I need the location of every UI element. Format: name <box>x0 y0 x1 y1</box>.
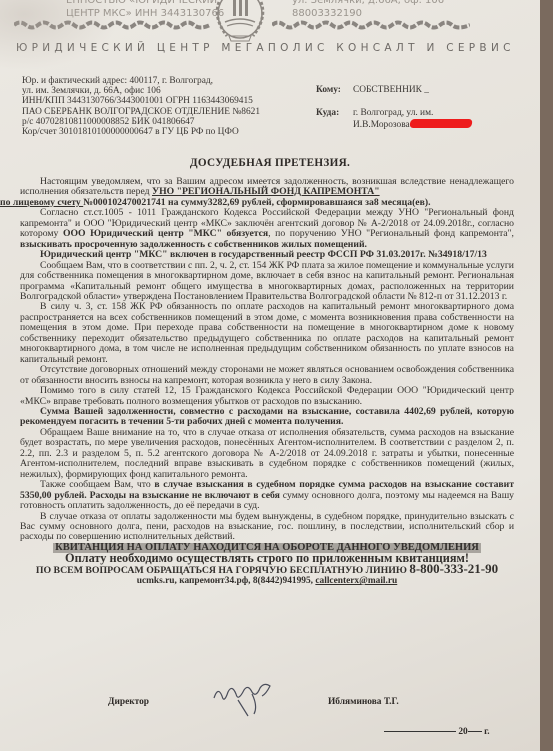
date-suffix: г. <box>484 727 490 737</box>
signature-mark <box>208 676 288 720</box>
account-label: по лицевому счету <box>0 197 83 208</box>
letterhead: ЕННОСТЬЮ «ЮРИДИЧЕСКИЙ ЦЕНТР МКС» ИНН 344… <box>0 0 540 62</box>
account-amount: №000102470021741 на сумму3282,69 рублей,… <box>83 197 430 208</box>
paragraph-agreement: Согласно ст.ст.1005 - 1011 Гражданского … <box>20 208 514 250</box>
text: , по поручению УНО "Региональный фонд ка… <box>268 228 514 239</box>
letterhead-line: ЕННОСТЬЮ «ЮРИДИЧЕСКИЙ <box>66 0 224 7</box>
email-link[interactable]: callcenterx@mail.ru <box>315 576 397 586</box>
letterhead-line: ЦЕНТР МКС» ИНН 3443130766 <box>66 7 224 20</box>
requisite-line: ул. им. Землячки, д. 66А, офис 106 <box>22 86 260 96</box>
requisite-line: ПАО СБЕРБАНК ВОЛГОГРАДСКОЕ ОТДЕЛЕНИЕ №86… <box>22 107 260 117</box>
date-line: 20 г. <box>384 727 490 737</box>
paragraph-law-154: Сообщаем Вам, что в соответствии с пп. 2… <box>20 261 514 303</box>
paragraph-debt: Настоящим уведомляем, что за Вашим адрес… <box>20 177 514 208</box>
requisite-line: р/с 40702810811000008852 БИК 041806647 <box>22 117 260 127</box>
to-label: Кому: <box>316 85 341 96</box>
document-title: ДОСУДЕБНАЯ ПРЕТЕНЗИЯ. <box>0 157 540 169</box>
contacts: ucmks.ru, капремонт34.рф, 8(8442)941995,… <box>20 576 514 586</box>
street-name: И.В.Морозова <box>353 120 410 130</box>
letterhead-line: 88003332190 <box>292 7 444 20</box>
paragraph-damages: Помимо того в силу статей 12, 15 Граждан… <box>20 386 514 407</box>
text: ООО Юридический центр "МКС" обязуется <box>63 228 268 239</box>
company-tagline: ЮРИДИЧЕСКИЙ ЦЕНТР МЕГАПОЛИС КОНСАЛТ И СЕ… <box>16 42 515 54</box>
emblem-wreath-icon <box>205 0 275 46</box>
paragraph-enforcement: В случае отказа от оплаты задолженности … <box>20 512 514 543</box>
text: взыскивать просроченную задолженность с … <box>20 239 367 250</box>
year-blank <box>468 731 482 732</box>
requisite-line: Юр. и фактический адрес: 400117, г. Волг… <box>22 76 260 86</box>
document-body: Настоящим уведомляем, что за Вашим адрес… <box>20 177 514 587</box>
where-label: Куда: <box>316 108 339 119</box>
hotline-number: 8-800-333-21-90 <box>409 561 498 576</box>
letterhead-right: ул. Землячки, д.66А, оф. 106 88003332190 <box>292 0 444 20</box>
hotline-text: ПО ВСЕМ ВОПРОСАМ ОБРАЩАТЬСЯ НА ГОРЯЧУЮ Б… <box>36 565 409 576</box>
hotline: ПО ВСЕМ ВОПРОСАМ ОБРАЩАТЬСЯ НА ГОРЯЧУЮ Б… <box>20 564 514 576</box>
text: Также сообщаем Вам, что <box>40 479 154 490</box>
letterhead-left: ЕННОСТЬЮ «ЮРИДИЧЕСКИЙ ЦЕНТР МКС» ИНН 344… <box>66 0 224 20</box>
creditor-name: УНО "РЕГИОНАЛЬНЫЙ ФОНД КАПРЕМОНТА" <box>152 186 380 197</box>
document-page: ЕННОСТЬЮ «ЮРИДИЧЕСКИЙ ЦЕНТР МКС» ИНН 344… <box>0 0 540 751</box>
paragraph-no-contract: Отсутствие договорных отношений между ст… <box>20 365 514 386</box>
to-value: СОБСТВЕННИК _ <box>353 85 429 96</box>
date-year: 20 <box>458 727 467 737</box>
paragraph-total-debt: Сумма Вашей задолженности, совместно с р… <box>20 407 514 428</box>
requisite-line: Кор/счет 30101810100000000647 в ГУ ЦБ РФ… <box>22 127 260 137</box>
paragraph-costs-increase: Обращаем Ваше внимание на то, что в случ… <box>20 428 514 480</box>
where-line1: г. Волгоград, ул. им. <box>353 108 433 119</box>
signer-name: Ибляминова Т.Г. <box>328 697 399 707</box>
letterhead-line: ул. Землячки, д.66А, оф. 106 <box>292 0 444 7</box>
company-requisites: Юр. и фактический адрес: 400117, г. Волг… <box>22 76 260 137</box>
requisite-line: ИНН/КПП 3443130766/3443001001 ОГРН 11634… <box>22 96 260 106</box>
paragraph-court-costs: Также сообщаем Вам, что в случае взыскан… <box>20 480 514 511</box>
date-blank <box>384 731 456 732</box>
signer-position: Директор <box>108 697 149 707</box>
contacts-text: ucmks.ru, капремонт34.рф, 8(8442)941995, <box>137 576 316 586</box>
where-line2: И.В.Морозова <box>353 119 472 131</box>
ornament-left <box>14 20 210 30</box>
ornament-right <box>272 20 470 30</box>
paragraph-law-158: В силу ч. 3, ст. 158 ЖК РФ обязанность п… <box>20 302 514 365</box>
redaction-mark <box>409 119 473 128</box>
